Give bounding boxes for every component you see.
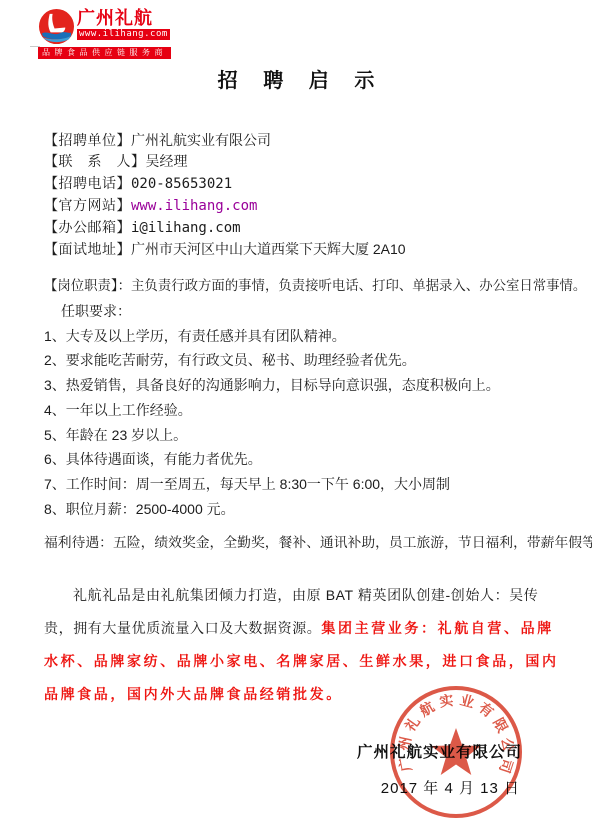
job-duty-line: 【岗位职责】：主负责行政方面的事情，负责接听电话、打印、单据录入、办公室日常事情… [44,275,564,297]
lihang-logo-icon [38,8,75,45]
requirement-item: 3、热爱销售，具备良好的沟通影响力，目标导向意识强，态度积极向上。 [44,373,564,398]
requirement-item: 7、工作时间：周一至周五，每天早上 8:30一下午 6:00，大小周制 [44,472,564,497]
info-row-email: 【办公邮箱】i@ilihang.com [44,217,564,239]
requirement-item: 6、具体待遇面谈，有能力者优先。 [44,447,564,472]
info-row-recruiter: 【招聘单位】广州礼航实业有限公司 [44,130,564,151]
info-row-contact: 【联 系 人】吴经理 [44,151,564,172]
info-block: 【招聘单位】广州礼航实业有限公司 【联 系 人】吴经理 【招聘电话】020-85… [44,130,564,261]
info-label: 【办公邮箱】 [44,219,131,235]
website-link[interactable]: www.ilihang.com [131,198,257,214]
brand-name: 广州礼航 [77,8,170,28]
info-label: 【招聘单位】 [44,132,131,148]
job-duty-label: 【岗位职责】： [44,278,131,293]
document-body: 【招聘单位】广州礼航实业有限公司 【联 系 人】吴经理 【招聘电话】020-85… [0,130,592,711]
requirements-title: 任职要求： [44,300,564,322]
company-logo: 广州礼航 www.ilihang.com 品牌食品供应链服务商 [38,8,171,59]
requirement-item: 4、一年以上工作经验。 [44,398,564,423]
brand-slogan: 品牌食品供应链服务商 [38,47,171,59]
info-label: 【面试地址】 [44,241,131,257]
info-label: 【联 系 人】 [44,153,146,169]
info-value: 020-85653021 [131,176,232,192]
logo-border-line [30,46,40,47]
brand-website: www.ilihang.com [77,29,170,40]
info-value: 吴经理 [146,153,188,169]
requirement-item: 8、职位月薪：2500-4000 元。 [44,497,564,522]
info-row-phone: 【招聘电话】020-85653021 [44,173,564,195]
requirements-list: 1、大专及以上学历，有责任感并具有团队精神。 2、要求能吃苦耐劳，有行政文员、秘… [44,324,564,522]
welfare-line: 福利待遇：五险，绩效奖金，全勤奖，餐补、通讯补助，员工旅游，节日福利，带薪年假等… [44,532,564,554]
info-row-address: 【面试地址】广州市天河区中山大道西棠下天辉大厦 2A10 [44,239,564,260]
requirement-item: 5、年龄在 23 岁以上。 [44,423,564,448]
requirement-item: 2、要求能吃苦耐劳，有行政文员、秘书、助理经验者优先。 [44,348,564,373]
info-row-website: 【官方网站】www.ilihang.com [44,195,564,217]
info-value: 广州市天河区中山大道西棠下天辉大厦 2A10 [131,241,406,257]
info-value: 广州礼航实业有限公司 [131,132,271,148]
info-label: 【官方网站】 [44,197,131,213]
info-value: i@ilihang.com [131,220,241,236]
company-seal-stamp: 广州礼航实业有限公司 [386,682,526,822]
seal-star-icon [431,728,480,775]
requirement-item: 1、大专及以上学历，有责任感并具有团队精神。 [44,324,564,349]
info-label: 【招聘电话】 [44,175,131,191]
job-duty-text: 主负责行政方面的事情，负责接听电话、打印、单据录入、办公室日常事情。 [131,278,586,293]
